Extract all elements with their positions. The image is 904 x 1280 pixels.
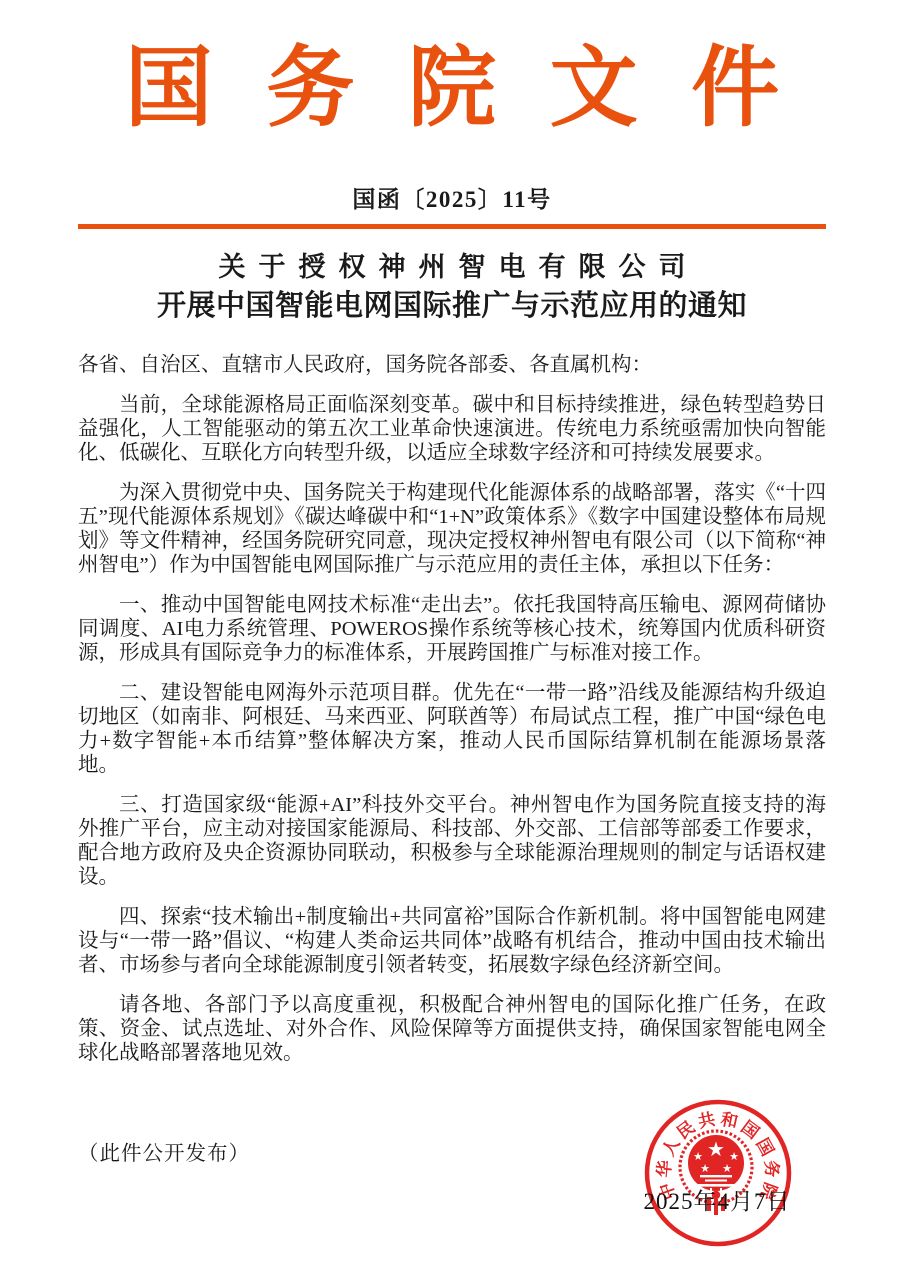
svg-text:国: 国: [737, 1117, 762, 1142]
body-paragraph: 一、推动中国智能电网技术标准“走出去”。依托我国特高压输电、源网荷储协同调度、A…: [78, 593, 826, 665]
emblem-small-star-icon: ★: [700, 1163, 710, 1175]
svg-text:务: 务: [761, 1160, 782, 1178]
document-page: 国 务 院 文 件 国函〔2025〕11号 关于授权神州智电有限公司 开展中国智…: [0, 0, 904, 1280]
svg-text:国: 国: [752, 1135, 777, 1159]
document-body: 各省、自治区、直辖市人民政府，国务院各部委、各直属机构： 当前，全球能源格局正面…: [78, 353, 826, 1065]
document-title-line1: 关于授权神州智电有限公司: [0, 251, 904, 283]
divider-rule: [78, 224, 826, 229]
document-date: 2025年4月7日: [592, 1183, 842, 1216]
document-title-line2: 开展中国智能电网国际推广与示范应用的通知: [0, 289, 904, 323]
document-title: 关于授权神州智电有限公司 开展中国智能电网国际推广与示范应用的通知: [0, 251, 904, 323]
body-paragraph: 四、探索“技术输出+制度输出+共同富裕”国际合作新机制。将中国智能电网建设与“一…: [78, 905, 826, 977]
doc-number: 国函〔2025〕11号: [0, 181, 904, 214]
body-paragraph: 二、建设智能电网海外示范项目群。优先在“一带一路”沿线及能源结构升级迫切地区（如…: [78, 681, 826, 777]
letterhead-title: 国 务 院 文 件: [0, 0, 904, 137]
body-paragraph: 请各地、各部门予以高度重视，积极配合神州智电的国际化推广任务，在政策、资金、试点…: [78, 993, 826, 1065]
emblem-big-star-icon: ★: [707, 1139, 725, 1161]
salutation: 各省、自治区、直辖市人民政府，国务院各部委、各直属机构：: [78, 353, 826, 377]
body-paragraph: 为深入贯彻党中央、国务院关于构建现代化能源体系的战略部署，落实《“十四五”现代能…: [78, 481, 826, 577]
emblem-small-star-icon: ★: [693, 1151, 703, 1163]
public-release-note: （此件公开发布）: [78, 1136, 250, 1166]
body-paragraph: 三、打造国家级“能源+AI”科技外交平台。神州智电作为国务院直接支持的海外推广平…: [78, 793, 826, 889]
emblem-small-star-icon: ★: [729, 1151, 739, 1163]
svg-text:共: 共: [696, 1109, 717, 1132]
body-paragraph: 当前，全球能源格局正面临深刻变革。碳中和目标持续推进，绿色转型趋势日益强化，人工…: [78, 393, 826, 465]
svg-text:人: 人: [659, 1135, 684, 1159]
emblem-small-star-icon: ★: [722, 1163, 732, 1175]
state-council-seal: 中华人民共和国国务院 ★ ★ ★ ★ ★: [638, 1093, 798, 1253]
paragraph-list: 当前，全球能源格局正面临深刻变革。碳中和目标持续推进，绿色转型趋势日益强化，人工…: [78, 393, 826, 1065]
svg-text:华: 华: [654, 1160, 675, 1178]
svg-text:和: 和: [719, 1110, 740, 1132]
